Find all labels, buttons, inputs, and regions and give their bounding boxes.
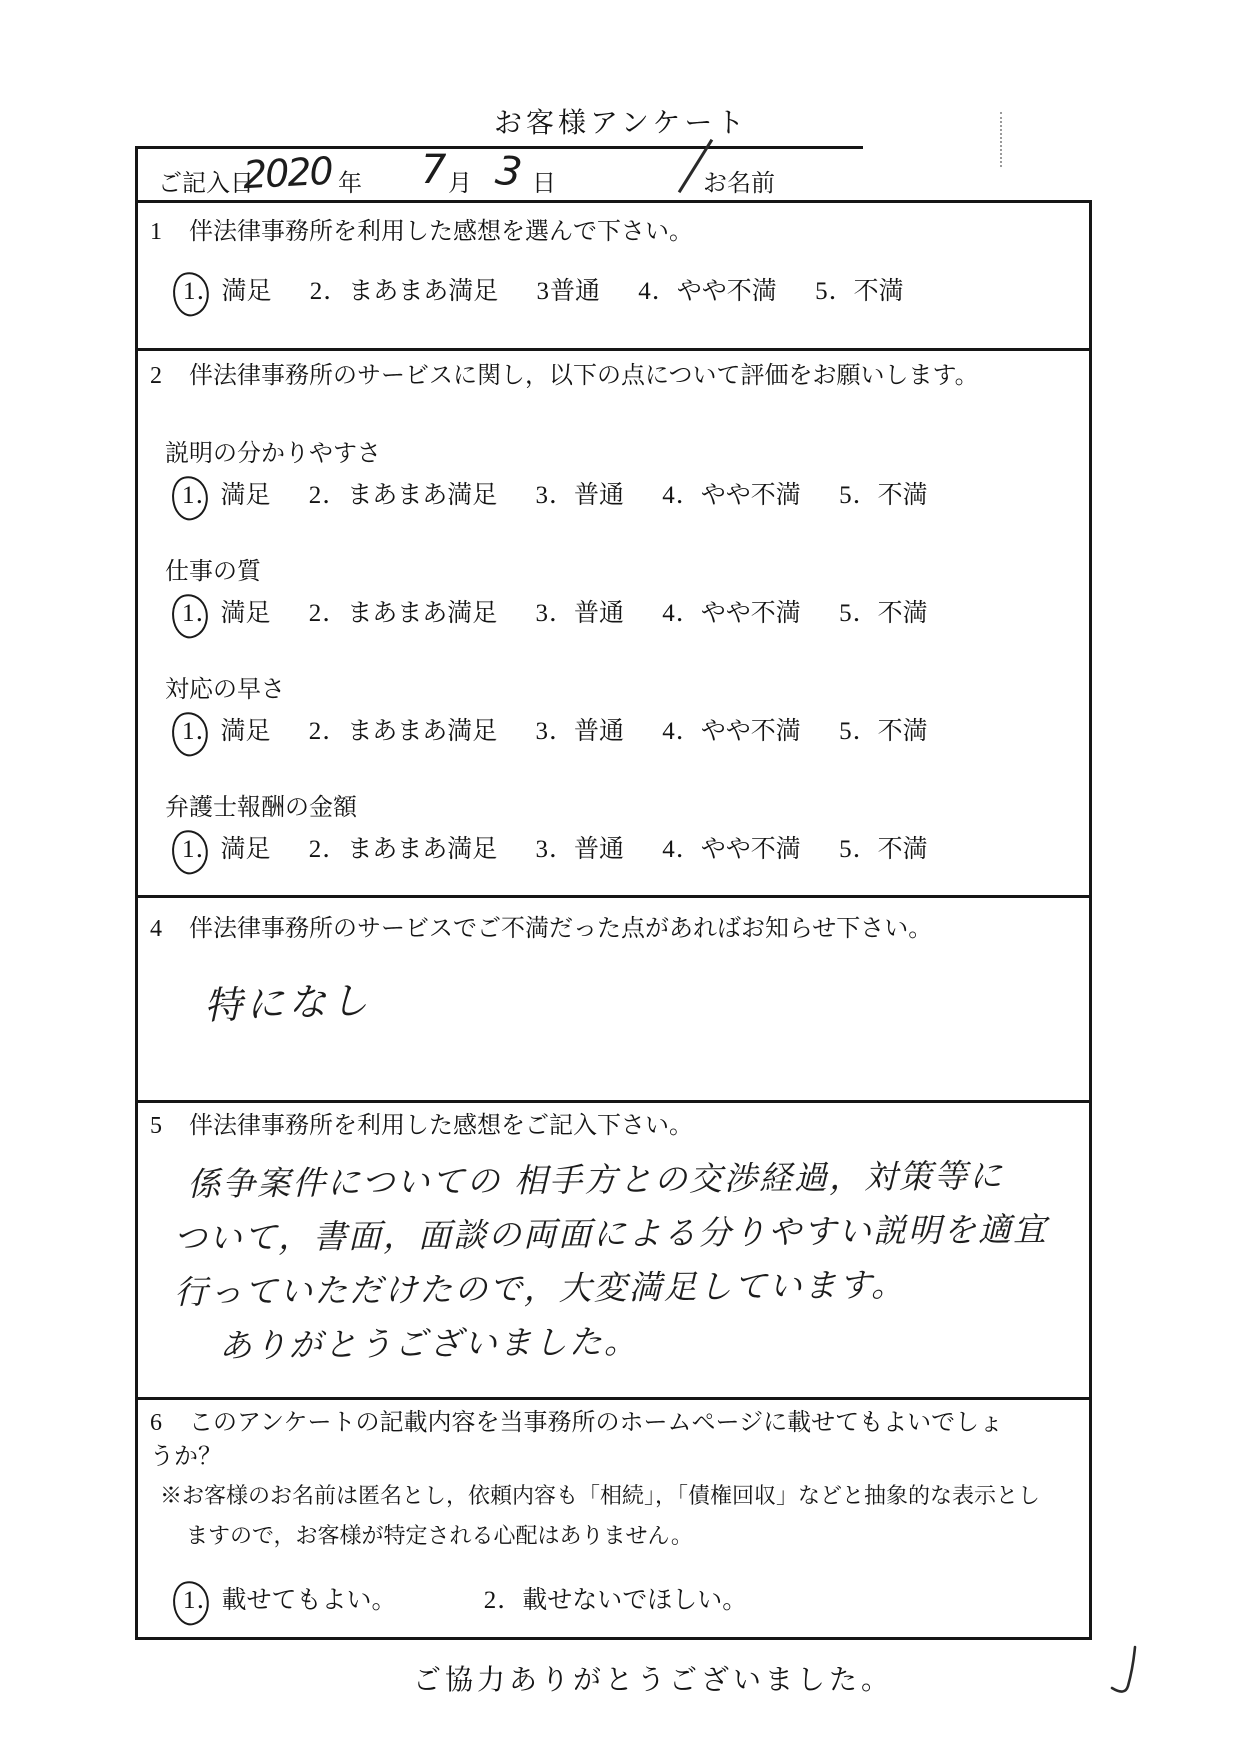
scanned-survey-page: お客様アンケート ご記入日 2020 年 7 月 3 日 お名前 1伴法律事務所… [0, 0, 1241, 1755]
q2-question: 2伴法律事務所のサービスに関し，以下の点について評価をお願いします。 [138, 351, 1089, 393]
survey-form-table: 1伴法律事務所を利用した感想を選んで下さい。 1．満足 2．まあまあ満足 3普通… [135, 203, 1092, 1640]
q4-number: 4 [150, 912, 189, 946]
q2-sub1-selected-circle: 1 [181, 482, 196, 510]
year-unit-label: 年 [338, 163, 362, 198]
q5-text: 伴法律事務所を利用した感想をご記入下さい。 [189, 1113, 693, 1139]
section-q4: 4伴法律事務所のサービスでご不満だった点があればお知らせ下さい。 特になし [138, 895, 1089, 1100]
q2-sub4-option-5: 5．不満 [838, 829, 928, 865]
q1-text: 伴法律事務所を利用した感想を選んで下さい。 [189, 219, 693, 245]
q6-anonymity-note: ※お客様のお名前は匿名とし，依頼内容も「相続」，「債権回収」などと抽象的な表示と… [138, 1476, 1089, 1556]
date-row: ご記入日 2020 年 7 月 3 日 お名前 [135, 149, 1092, 203]
q2-sub1-option-5: 5．不満 [838, 475, 928, 511]
q2-sub1-option-4: 4．やや不満 [661, 475, 801, 511]
q2-sub2-selected-circle: 1 [181, 600, 196, 628]
section-q6: 6このアンケートの記載内容を当事務所のホームページに載せてもよいでしょうか？ ※… [138, 1397, 1089, 1637]
q6-option-1-label: ．載せてもよい。 [197, 1587, 397, 1614]
date-label: ご記入日 [158, 163, 254, 198]
q2-subquestions: 説明の分かりやすさ 1．満足 2．まあまあ満足 3．普通 4．やや不満 5．不満… [138, 433, 1089, 865]
q2-sub2-option-4: 4．やや不満 [661, 593, 801, 629]
q2-sub2-option-5: 5．不満 [838, 593, 928, 629]
q2-sub3-option-3: 3．普通 [535, 711, 625, 747]
q1-option-4-label: ．やや不満 [652, 278, 777, 305]
q1-option-3: 3普通 [536, 271, 601, 307]
section-q2: 2伴法律事務所のサービスに関し，以下の点について評価をお願いします。 説明の分か… [138, 348, 1089, 895]
handwritten-month-value: 7 [421, 147, 446, 193]
q5-answer-line-3: 行っていただけたので，大変満足しています。 [138, 1256, 1090, 1320]
q1-option-5: 5．不満 [814, 271, 904, 307]
q2-sub3-option-2: 2．まあまあ満足 [308, 711, 498, 747]
q2-sub2-option-2-label: ．まあまあ満足 [322, 600, 497, 627]
month-unit-label: 月 [448, 163, 472, 198]
q2-sub4-option-4-label: ．やや不満 [676, 836, 801, 863]
q5-answer-line-4: ありがとうございました。 [139, 1310, 1091, 1374]
q1-option-4: 4．やや不満 [637, 271, 777, 307]
q1-option-5-label: ．不満 [829, 278, 904, 305]
q4-text: 伴法律事務所のサービスでご不満だった点があればお知らせ下さい。 [189, 916, 932, 942]
page-title: お客様アンケート [494, 101, 748, 141]
q2-sub3-option-3-label: ．普通 [549, 718, 624, 745]
q2-sub2-options: 1．満足 2．まあまあ満足 3．普通 4．やや不満 5．不満 [165, 593, 1089, 629]
q2-sub3-option-1: 1．満足 [181, 711, 271, 747]
section-q5: 5伴法律事務所を利用した感想をご記入下さい。 係争案件についての 相手方との交渉… [138, 1100, 1089, 1397]
q6-options: 1．載せてもよい。 2．載せないでほしい。 [138, 1580, 1089, 1616]
q2-sub2-option-3-label: ．普通 [549, 600, 624, 627]
q2-sub4-option-5-label: ．不満 [853, 836, 928, 863]
q6-number: 6 [150, 1406, 189, 1440]
q2-sub4-option-3-label: ．普通 [549, 836, 624, 863]
q2-sub3-option-5: 5．不満 [838, 711, 928, 747]
q2-sub4-label: 弁護士報酬の金額 [165, 787, 1089, 822]
q2-sub4-selected-circle: 1 [181, 836, 196, 864]
q1-option-2: 2．まあまあ満足 [309, 271, 499, 307]
q1-option-3-label: 普通 [550, 278, 600, 305]
q5-question: 5伴法律事務所を利用した感想をご記入下さい。 [138, 1103, 1089, 1143]
q6-text-line1: このアンケートの記載内容を当事務所のホームページに載せてもよいでしょ [189, 1410, 1003, 1436]
q2-sub4-option-2-label: ．まあまあ満足 [322, 836, 497, 863]
q4-handwritten-answer: 特になし [203, 969, 373, 1030]
q2-sub2-option-1: 1．満足 [181, 593, 271, 629]
q2-sub4-option-2: 2．まあまあ満足 [308, 829, 498, 865]
q2-sub1-option-2: 2．まあまあ満足 [308, 475, 498, 511]
handwritten-checkmark [1104, 1642, 1144, 1700]
day-unit-label: 日 [532, 163, 556, 198]
q2-sub3-options: 1．満足 2．まあまあ満足 3．普通 4．やや不満 5．不満 [165, 711, 1089, 747]
q2-sub2-option-5-label: ．不満 [853, 600, 928, 627]
q5-number: 5 [150, 1109, 189, 1143]
q2-sub4-option-4: 4．やや不満 [661, 829, 801, 865]
q2-sub1-option-5-label: ．不満 [853, 482, 928, 509]
q6-note-line-2: ますので，お客様が特定される心配はありません。 [160, 1516, 1089, 1556]
q2-sub4: 弁護士報酬の金額 1．満足 2．まあまあ満足 3．普通 4．やや不満 5．不満 [165, 787, 1089, 865]
q6-text-line2: うか？ [150, 1440, 1071, 1474]
q6-note-line-1: ※お客様のお名前は匿名とし，依頼内容も「相続」，「債権回収」などと抽象的な表示と… [160, 1476, 1089, 1516]
q6-option-2: 2．載せないでほしい。 [483, 1580, 748, 1616]
q2-sub3-label: 対応の早さ [165, 669, 1089, 704]
q1-options: 1．満足 2．まあまあ満足 3普通 4．やや不満 5．不満 [138, 271, 1089, 307]
q2-sub3: 対応の早さ 1．満足 2．まあまあ満足 3．普通 4．やや不満 5．不満 [165, 669, 1089, 747]
q1-option-1: 1．満足 [182, 271, 272, 307]
q2-sub3-option-4-label: ．やや不満 [676, 718, 801, 745]
q4-question: 4伴法律事務所のサービスでご不満だった点があればお知らせ下さい。 [138, 898, 1089, 946]
q2-sub2: 仕事の質 1．満足 2．まあまあ満足 3．普通 4．やや不満 5．不満 [165, 551, 1089, 629]
q1-number: 1 [150, 215, 189, 249]
q2-sub1-option-3: 3．普通 [535, 475, 625, 511]
q2-sub4-option-3: 3．普通 [535, 829, 625, 865]
q5-handwritten-answer: 係争案件についての 相手方との交渉経過，対策等に ついて，書面，面談の両面による… [137, 1148, 1090, 1374]
q5-answer-line-1: 係争案件についての 相手方との交渉経過，対策等に [137, 1148, 1089, 1212]
q2-sub1-option-3-label: ．普通 [549, 482, 624, 509]
q6-option-1: 1．載せてもよい。 [182, 1580, 397, 1616]
section-q1: 1伴法律事務所を利用した感想を選んで下さい。 1．満足 2．まあまあ満足 3普通… [138, 203, 1089, 348]
q2-number: 2 [150, 359, 189, 393]
q2-text: 伴法律事務所のサービスに関し，以下の点について評価をお願いします。 [189, 363, 979, 389]
q1-option-2-label: ．まあまあ満足 [323, 278, 498, 305]
q2-sub1-option-2-label: ．まあまあ満足 [322, 482, 497, 509]
q2-sub4-option-1: 1．満足 [181, 829, 271, 865]
footer-thanks-text: ご協力ありがとうございました。 [413, 1658, 893, 1698]
q2-sub1-options: 1．満足 2．まあまあ満足 3．普通 4．やや不満 5．不満 [165, 475, 1089, 511]
q2-sub2-option-4-label: ．やや不満 [676, 600, 801, 627]
q1-selected-circle: 1 [182, 278, 197, 306]
handwritten-day-value: 3 [493, 147, 525, 196]
q6-option-2-label: ．載せないでほしい。 [497, 1587, 747, 1614]
q2-sub3-option-5-label: ．不満 [853, 718, 928, 745]
q2-sub3-option-2-label: ．まあまあ満足 [322, 718, 497, 745]
q6-selected-circle: 1 [182, 1587, 197, 1615]
q5-answer-line-2: ついて，書面，面談の両面による分りやすい説明を適宜 [137, 1202, 1089, 1266]
q2-sub3-selected-circle: 1 [181, 718, 196, 746]
q2-sub1-option-4-label: ．やや不満 [676, 482, 801, 509]
q2-sub2-option-2: 2．まあまあ満足 [308, 593, 498, 629]
q2-sub4-options: 1．満足 2．まあまあ満足 3．普通 4．やや不満 5．不満 [165, 829, 1089, 865]
q6-question: 6このアンケートの記載内容を当事務所のホームページに載せてもよいでしょうか？ [138, 1400, 1089, 1474]
handwritten-year-value: 2020 [242, 149, 333, 198]
name-label: お名前 [703, 163, 775, 198]
q2-sub3-option-4: 4．やや不満 [661, 711, 801, 747]
q2-sub1: 説明の分かりやすさ 1．満足 2．まあまあ満足 3．普通 4．やや不満 5．不満 [165, 433, 1089, 511]
q2-sub1-label: 説明の分かりやすさ [165, 433, 1089, 468]
q2-sub2-label: 仕事の質 [165, 551, 1089, 586]
q1-question: 1伴法律事務所を利用した感想を選んで下さい。 [138, 203, 1089, 249]
q2-sub1-option-1: 1．満足 [181, 475, 271, 511]
q2-sub2-option-3: 3．普通 [535, 593, 625, 629]
